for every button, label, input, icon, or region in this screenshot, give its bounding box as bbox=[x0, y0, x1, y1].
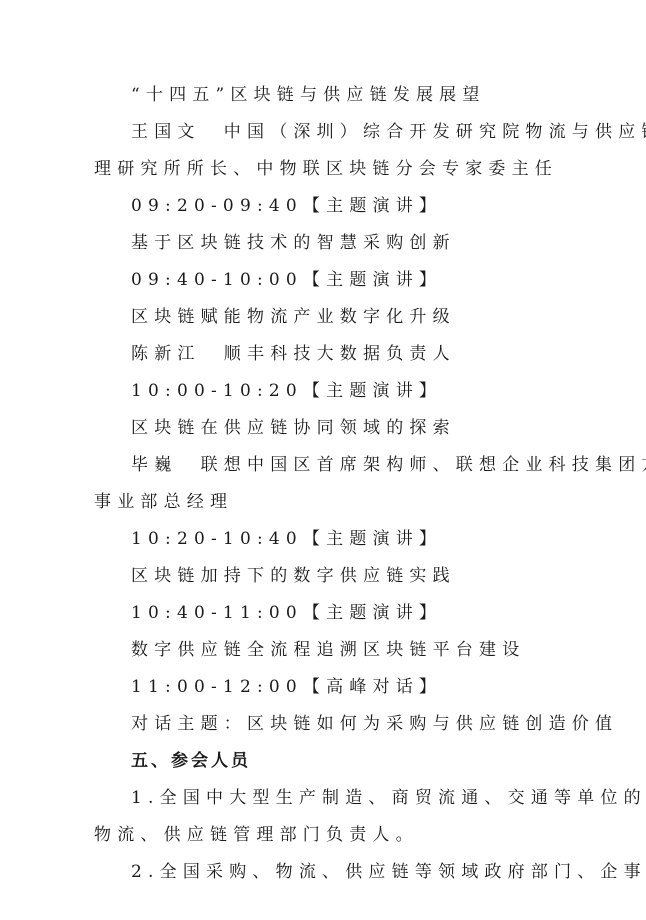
talk-title: “十四五”区块链与供应链发展展望 bbox=[131, 84, 601, 106]
attendee-item: 1.全国中大型生产制造、商贸流通、交通等单位的采购、 bbox=[131, 787, 601, 809]
attendee-item: 2.全国采购、物流、供应链等领域政府部门、企事业单 bbox=[131, 861, 601, 883]
speaker-line-continued: 事业部总经理 bbox=[94, 491, 564, 513]
speaker-line: 毕巍 联想中国区首席架构师、联想企业科技集团方案 bbox=[131, 454, 601, 476]
schedule-time: 11:00-12:00【高峰对话】 bbox=[131, 676, 601, 698]
schedule-time: 10:40-11:00【主题演讲】 bbox=[131, 602, 601, 624]
talk-title: 区块链在供应链协同领域的探索 bbox=[131, 417, 601, 439]
talk-title: 区块链赋能物流产业数字化升级 bbox=[131, 306, 601, 328]
schedule-time: 10:00-10:20【主题演讲】 bbox=[131, 380, 601, 402]
speaker-line-continued: 理研究所所长、中物联区块链分会专家委主任 bbox=[94, 158, 564, 180]
schedule-time: 09:20-09:40【主题演讲】 bbox=[131, 195, 601, 217]
schedule-time: 10:20-10:40【主题演讲】 bbox=[131, 528, 601, 550]
talk-title: 区块链加持下的数字供应链实践 bbox=[131, 565, 601, 587]
section-heading: 五、参会人员 bbox=[131, 750, 601, 772]
talk-title: 基于区块链技术的智慧采购创新 bbox=[131, 232, 601, 254]
attendee-item-continued: 物流、供应链管理部门负责人。 bbox=[94, 824, 564, 846]
talk-title: 数字供应链全流程追溯区块链平台建设 bbox=[131, 639, 601, 661]
dialogue-topic: 对话主题：区块链如何为采购与供应链创造价值 bbox=[131, 713, 601, 735]
speaker-line: 王国文 中国（深圳）综合开发研究院物流与供应链管 bbox=[131, 121, 601, 143]
schedule-time: 09:40-10:00【主题演讲】 bbox=[131, 269, 601, 291]
document-page: “十四五”区块链与供应链发展展望 王国文 中国（深圳）综合开发研究院物流与供应链… bbox=[0, 0, 646, 920]
speaker-line: 陈新江 顺丰科技大数据负责人 bbox=[131, 343, 601, 365]
